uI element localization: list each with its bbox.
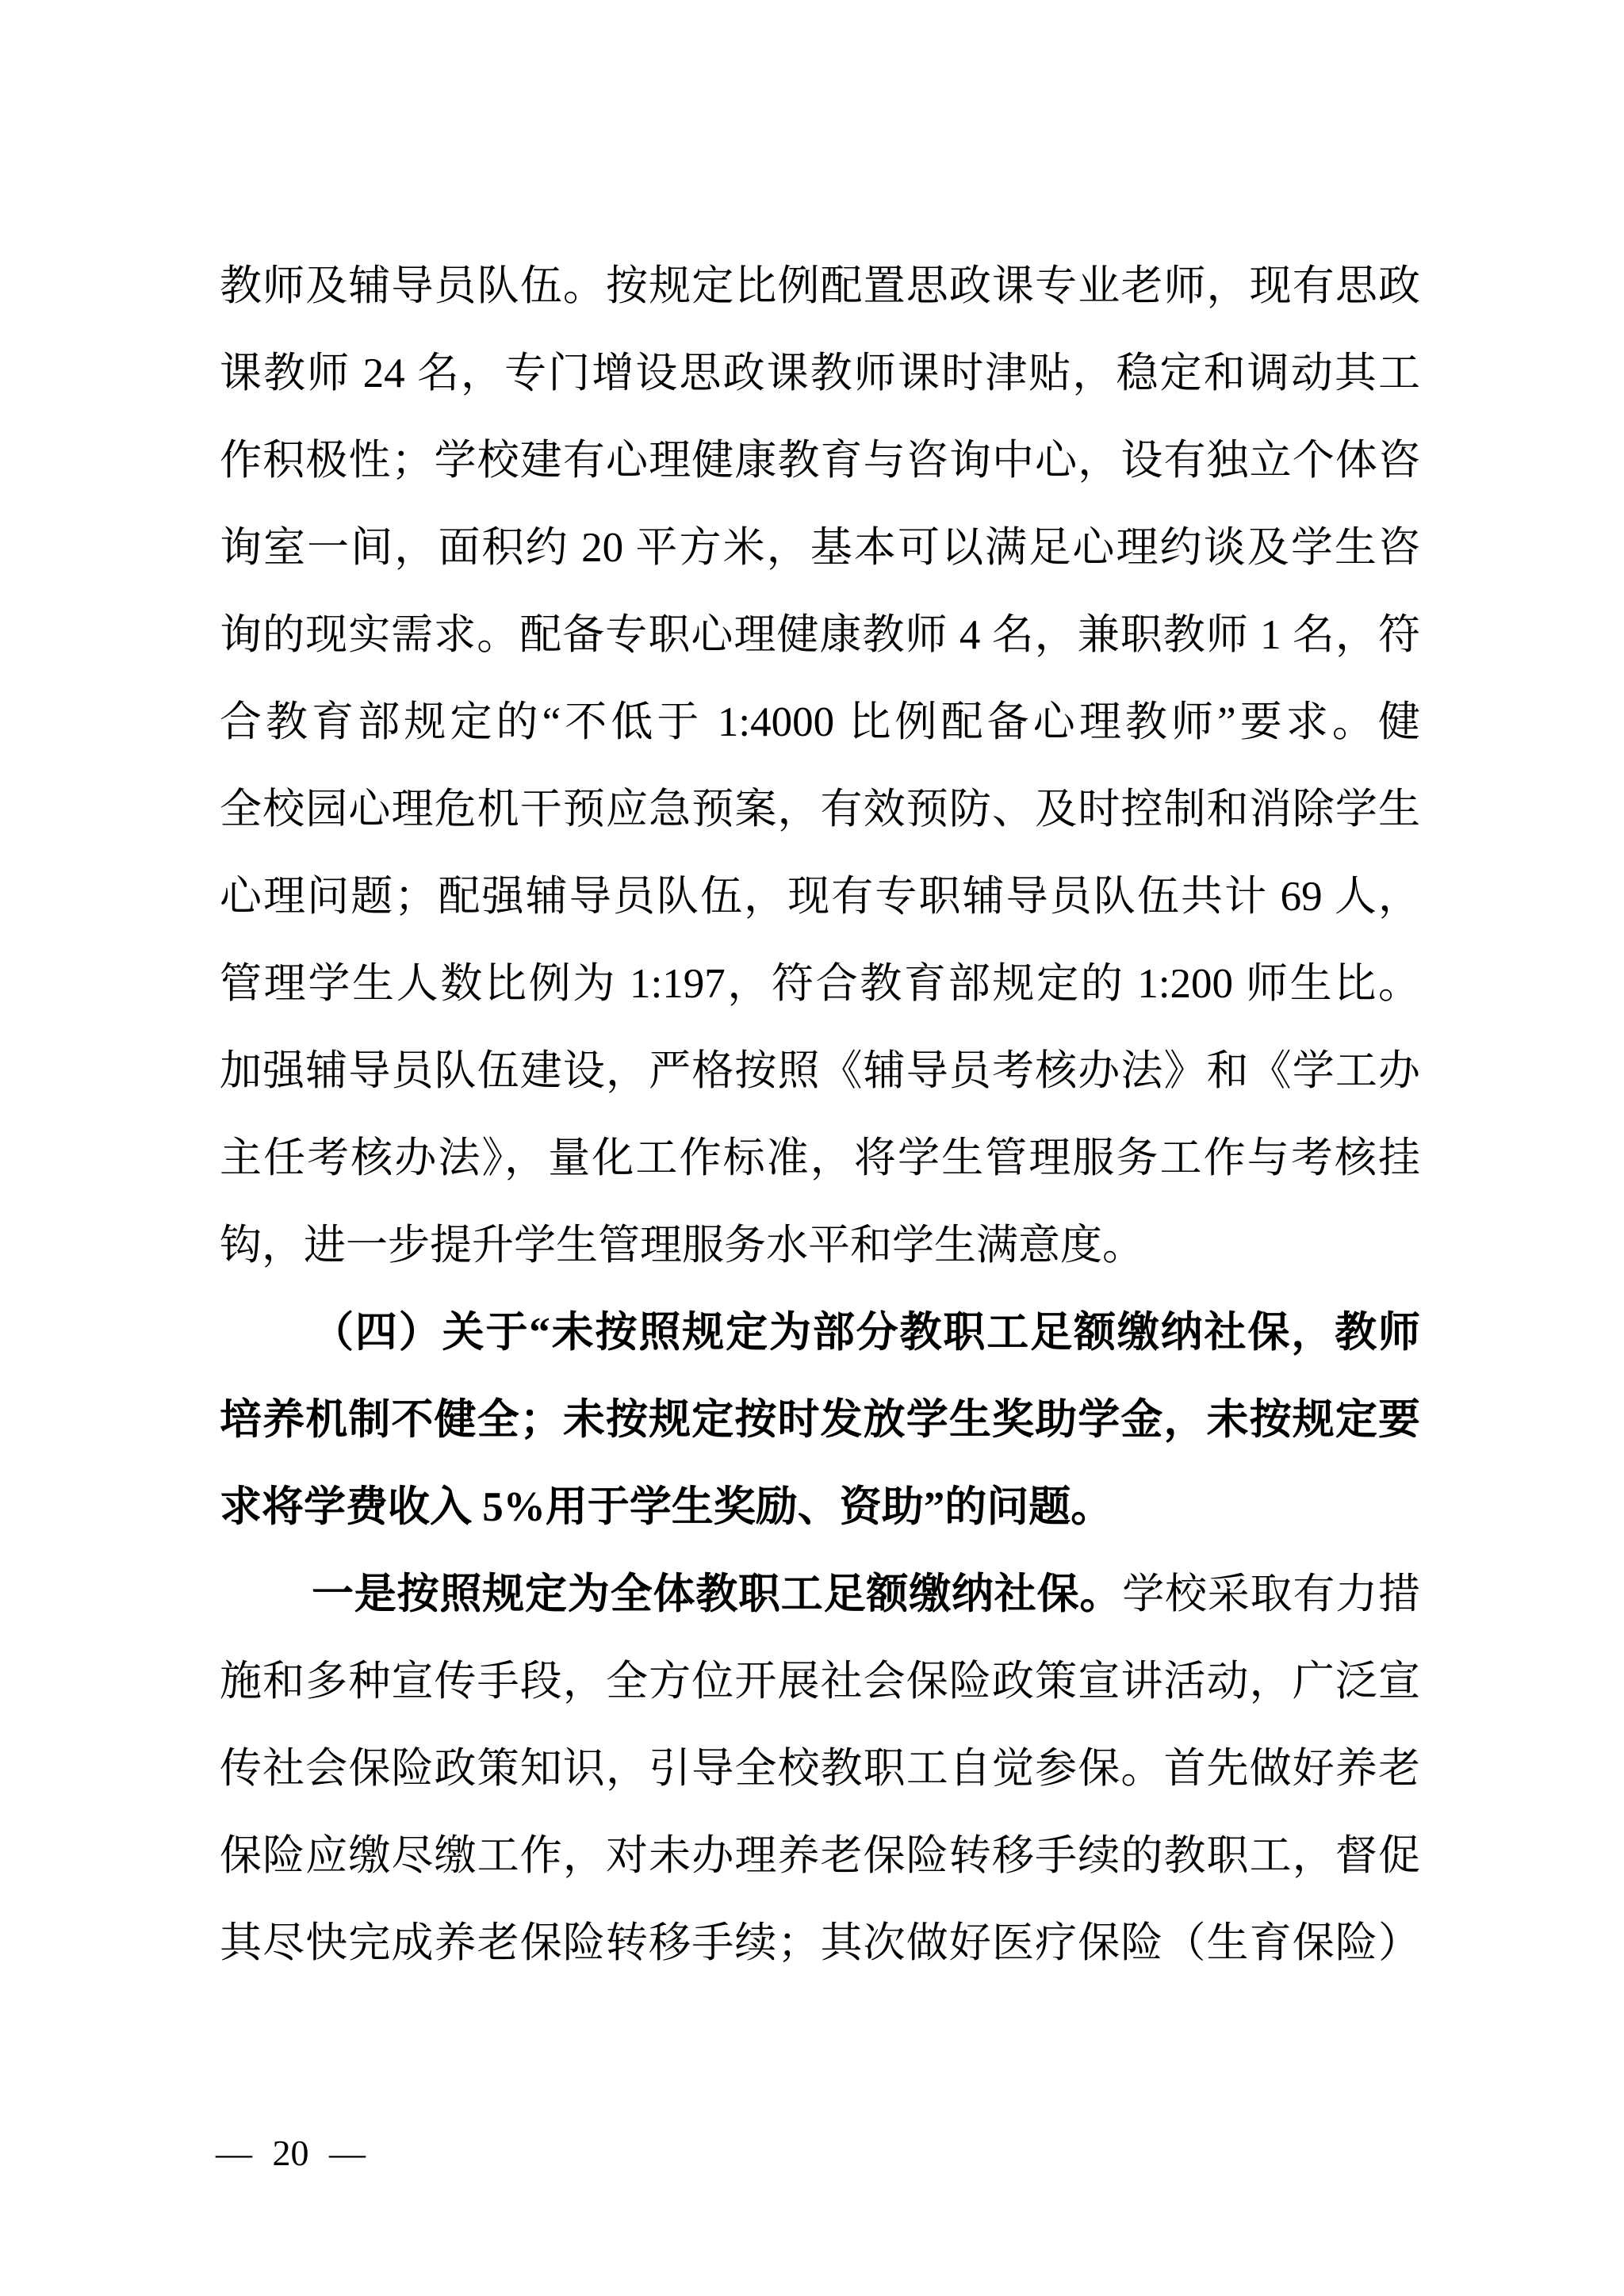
text-line: 其尽快完成养老保险转移手续；其次做好医疗保险（生育保险） xyxy=(220,1900,1420,1987)
text-line: 保险应缴尽缴工作，对未办理养老保险转移手续的教职工，督促 xyxy=(220,1812,1420,1900)
body-text: 管理学生人数比例为 1:197，符合教育部规定的 1:200 师生比。 xyxy=(220,961,1420,1007)
emphasis-text: 培养机制不健全；未按规定按时发放学生奖助学金，未按规定要 xyxy=(220,1397,1420,1443)
text-line: 传社会保险政策知识，引导全校教职工自觉参保。首先做好养老 xyxy=(220,1725,1420,1812)
page-number: — 20 — xyxy=(216,2133,366,2173)
body-text: 合教育部规定的“不低于 1:4000 比例配备心理教师”要求。健 xyxy=(220,699,1420,745)
body-text: 施和多种宣传手段，全方位开展社会保险政策宣讲活动，广泛宣 xyxy=(220,1659,1420,1705)
document-page: 教师及辅导员队伍。按规定比例配置思政课专业老师，现有思政课教师 24 名，专门增… xyxy=(0,0,1624,2296)
body-text: 课教师 24 名，专门增设思政课教师课时津贴，稳定和调动其工 xyxy=(220,350,1420,396)
text-line: 钩，进一步提升学生管理服务水平和学生满意度。 xyxy=(220,1202,1420,1289)
body-text: 心理问题；配强辅导员队伍，现有专职辅导员队伍共计 69 人， xyxy=(220,874,1420,920)
body-text: 主任考核办法》，量化工作标准，将学生管理服务工作与考核挂 xyxy=(220,1135,1420,1181)
document-body: 教师及辅导员队伍。按规定比例配置思政课专业老师，现有思政课教师 24 名，专门增… xyxy=(220,243,1420,1987)
body-text: 传社会保险政策知识，引导全校教职工自觉参保。首先做好养老 xyxy=(220,1746,1420,1792)
text-line: 心理问题；配强辅导员队伍，现有专职辅导员队伍共计 69 人， xyxy=(220,853,1420,940)
text-line: 询的现实需求。配备专职心理健康教师 4 名，兼职教师 1 名，符 xyxy=(220,591,1420,679)
text-line: 课教师 24 名，专门增设思政课教师课时津贴，稳定和调动其工 xyxy=(220,330,1420,417)
body-text: 作积极性；学校建有心理健康教育与咨询中心，设有独立个体咨 xyxy=(220,438,1420,484)
text-line: 施和多种宣传手段，全方位开展社会保险政策宣讲活动，广泛宣 xyxy=(220,1638,1420,1725)
body-text: 询室一间，面积约 20 平方米，基本可以满足心理约谈及学生咨 xyxy=(220,525,1420,571)
emphasis-text: 求将学费收入 5%用于学生奖励、资助”的问题。 xyxy=(220,1484,1113,1530)
emphasis-text: 一是按照规定为全体教职工足额缴纳社保。 xyxy=(312,1571,1122,1617)
text-line: 作积极性；学校建有心理健康教育与咨询中心，设有独立个体咨 xyxy=(220,417,1420,504)
text-line: 合教育部规定的“不低于 1:4000 比例配备心理教师”要求。健 xyxy=(220,679,1420,766)
page-footer: — 20 — xyxy=(216,2133,366,2174)
text-line: 主任考核办法》，量化工作标准，将学生管理服务工作与考核挂 xyxy=(220,1115,1420,1202)
text-line: 求将学费收入 5%用于学生奖励、资助”的问题。 xyxy=(220,1464,1420,1551)
text-line: 管理学生人数比例为 1:197，符合教育部规定的 1:200 师生比。 xyxy=(220,940,1420,1027)
emphasis-text: （四）关于“未按照规定为部分教职工足额缴纳社保，教师 xyxy=(312,1310,1420,1356)
body-text: 其尽快完成养老保险转移手续；其次做好医疗保险（生育保险） xyxy=(220,1920,1420,1966)
text-line: （四）关于“未按照规定为部分教职工足额缴纳社保，教师 xyxy=(220,1289,1420,1376)
body-text: 全校园心理危机干预应急预案，有效预防、及时控制和消除学生 xyxy=(220,786,1420,832)
text-line: 加强辅导员队伍建设，严格按照《辅导员考核办法》和《学工办 xyxy=(220,1027,1420,1115)
body-text: 钩，进一步提升学生管理服务水平和学生满意度。 xyxy=(220,1223,1144,1269)
text-line: 教师及辅导员队伍。按规定比例配置思政课专业老师，现有思政 xyxy=(220,243,1420,330)
body-text: 保险应缴尽缴工作，对未办理养老保险转移手续的教职工，督促 xyxy=(220,1833,1420,1879)
body-text: 询的现实需求。配备专职心理健康教师 4 名，兼职教师 1 名，符 xyxy=(220,612,1420,658)
body-text: 教师及辅导员队伍。按规定比例配置思政课专业老师，现有思政 xyxy=(220,263,1420,309)
text-line: 询室一间，面积约 20 平方米，基本可以满足心理约谈及学生咨 xyxy=(220,504,1420,591)
text-line: 培养机制不健全；未按规定按时发放学生奖助学金，未按规定要 xyxy=(220,1376,1420,1464)
text-line: 全校园心理危机干预应急预案，有效预防、及时控制和消除学生 xyxy=(220,766,1420,853)
text-line: 一是按照规定为全体教职工足额缴纳社保。学校采取有力措 xyxy=(220,1551,1420,1638)
body-text: 学校采取有力措 xyxy=(1122,1571,1420,1617)
body-text: 加强辅导员队伍建设，严格按照《辅导员考核办法》和《学工办 xyxy=(220,1048,1420,1094)
